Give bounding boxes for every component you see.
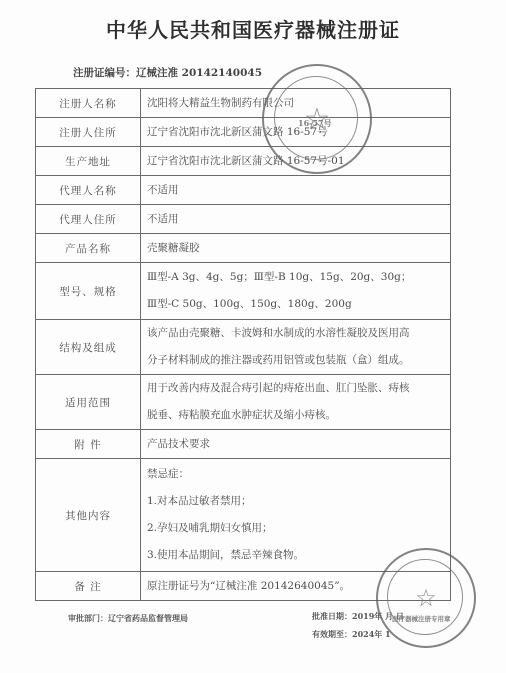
table-row: 生产地址 辽宁省沈阳市沈北新区蒲文路 16-57号-01 (36, 147, 451, 176)
field-label: 注册人住所 (36, 118, 141, 147)
table-row: 附 件 产品技术要求 (36, 430, 451, 459)
table-row: 注册人住所 辽宁省沈阳市沈北新区蒲文路 16-57号 (36, 118, 451, 147)
field-value-scope: 用于改善内痔及混合痔引起的痔疮出血、肛门坠胀、痔核 脱垂、痔粘膜充血水肿症状及缩… (141, 375, 451, 430)
field-label: 附 件 (36, 430, 141, 459)
approval-department: 审批部门：辽宁省药品监督管理局 (68, 613, 188, 624)
field-label: 产品名称 (36, 234, 141, 263)
field-value-model-spec: Ⅲ型-A 3g、4g、5g；Ⅲ型-B 10g、15g、20g、30g； Ⅲ型-C… (141, 263, 451, 320)
valid-until: 有效期至：2024年 1 (312, 629, 391, 640)
registration-number-label: 注册证编号： (73, 67, 136, 79)
field-label: 生产地址 (36, 147, 141, 176)
field-value-product-name: 壳聚糖凝胶 (141, 234, 451, 263)
field-value-agent-address: 不适用 (141, 205, 451, 234)
field-value-agent-name: 不适用 (141, 176, 451, 205)
seal-sub-text: 医疗器械注册专用章 (392, 614, 451, 623)
registration-number: 注册证编号：辽械注准 20142140045 (73, 65, 262, 80)
field-label: 注册人名称 (36, 89, 141, 118)
table-row: 代理人住所 不适用 (36, 205, 451, 234)
document-title: 中华人民共和国医疗器械注册证 (0, 14, 506, 43)
field-value-structure: 该产品由壳聚糖、卡波姆和水制成的水溶性凝胶及医用高 分子材料制成的推注器或药用铝… (141, 320, 451, 375)
table-row: 其他内容 禁忌症： 1.对本品过敏者禁用； 2.孕妇及哺乳期妇女慎用； 3.使用… (36, 459, 451, 572)
field-label: 其他内容 (36, 459, 141, 572)
table-row: 型号、规格 Ⅲ型-A 3g、4g、5g；Ⅲ型-B 10g、15g、20g、30g… (36, 263, 451, 320)
field-label: 代理人名称 (36, 176, 141, 205)
field-label: 备 注 (36, 572, 141, 601)
field-label: 结构及组成 (36, 320, 141, 375)
table-row: 注册人名称 沈阳将大精益生物制药有限公司 (36, 89, 451, 118)
certificate-table: 注册人名称 沈阳将大精益生物制药有限公司 注册人住所 辽宁省沈阳市沈北新区蒲文路… (35, 88, 451, 601)
seal-inner-ring (387, 559, 463, 635)
seal-number: 16-57号 (298, 118, 332, 129)
field-value-attachment: 产品技术要求 (141, 430, 451, 459)
field-label: 代理人住所 (36, 205, 141, 234)
table-row: 适用范围 用于改善内痔及混合痔引起的痔疮出血、肛门坠胀、痔核 脱垂、痔粘膜充血水… (36, 375, 451, 430)
table-row: 结构及组成 该产品由壳聚糖、卡波姆和水制成的水溶性凝胶及医用高 分子材料制成的推… (36, 320, 451, 375)
table-row: 代理人名称 不适用 (36, 176, 451, 205)
registration-number-value: 辽械注准 20142140045 (136, 67, 262, 79)
authority-seal: ☆ 医疗器械注册专用章 (376, 548, 476, 648)
field-label: 适用范围 (36, 375, 141, 430)
field-label: 型号、规格 (36, 263, 141, 320)
table-row: 产品名称 壳聚糖凝胶 (36, 234, 451, 263)
company-seal: ☆ 16-57号 (262, 64, 372, 174)
